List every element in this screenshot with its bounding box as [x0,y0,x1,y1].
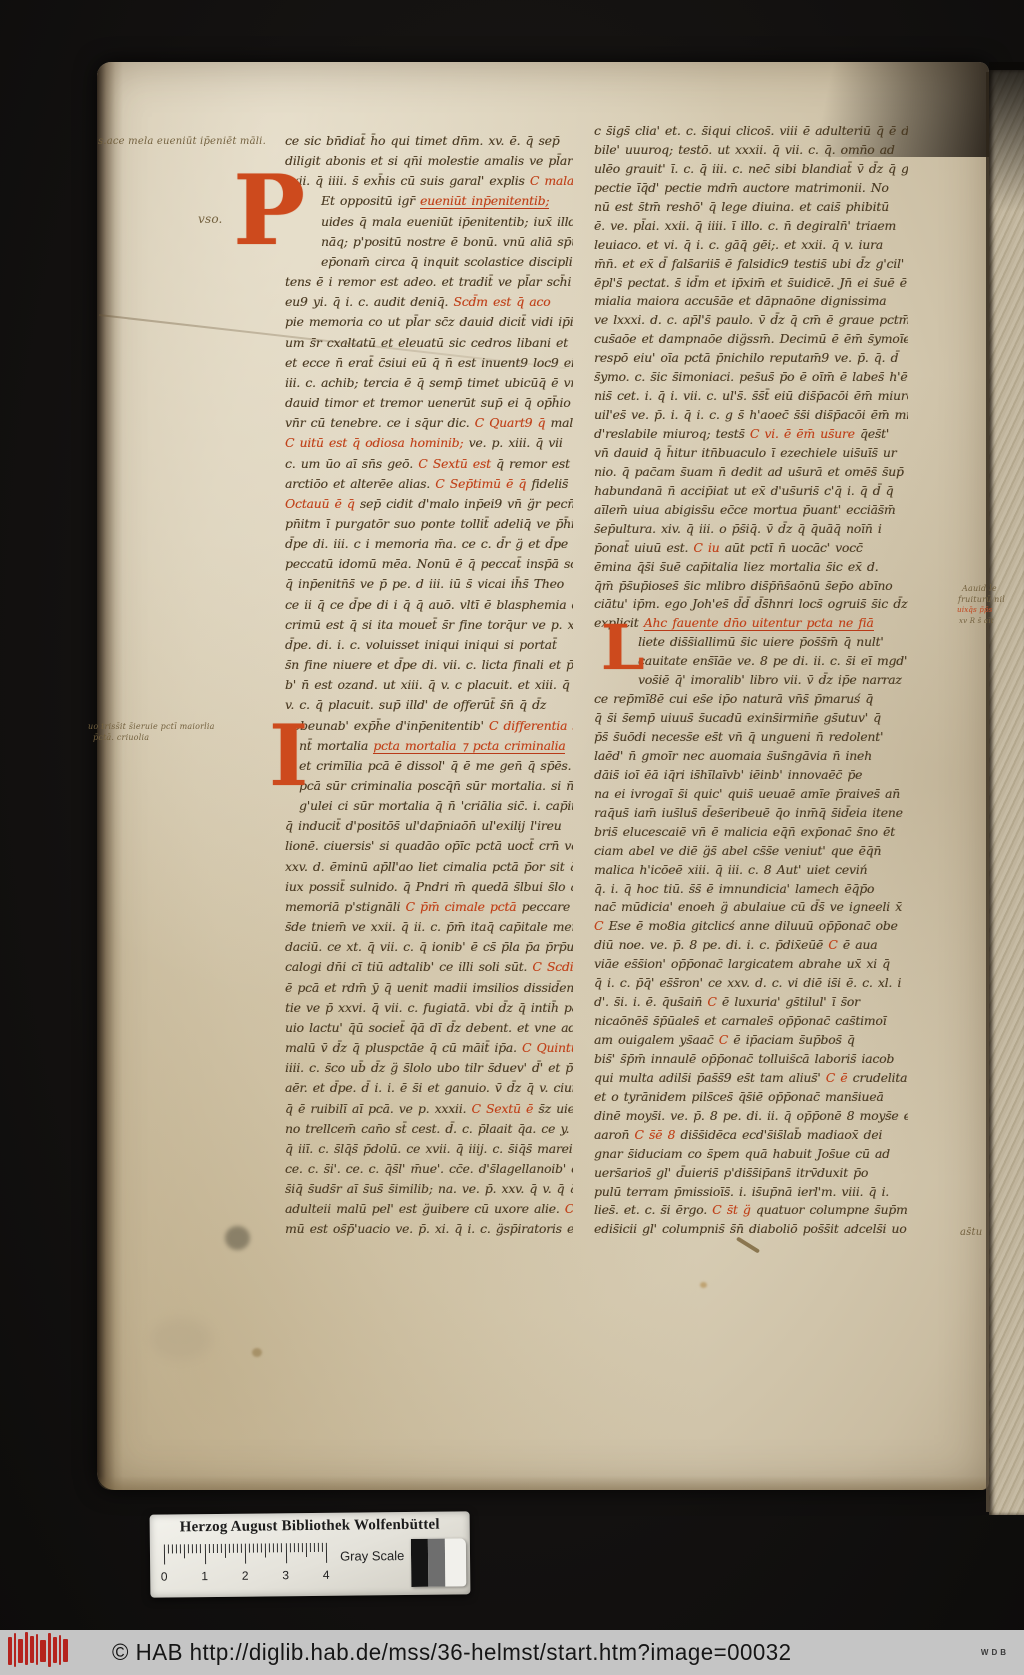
manuscript-line: q̄ i. c. p̄q̄' es̄s̄ron' ce xxv. d. c. v… [594,974,908,993]
body-text: Et oppositū igr̄ [321,193,420,208]
manuscript-line: m̄n̄. et ex̄ d̄ fals̄ariis̄ ē falsidic9 … [594,255,908,274]
body-text: d'. s̄i. i. ē. q̄us̄ain̄ [594,994,707,1009]
body-text: arctiōo et alterēe alias. [285,476,435,491]
manuscript-line: dauid timor et tremor uenerūt sup̄ ei q̄… [285,393,573,413]
body-text: g'ulei ci sūr mortalia q̄ n̄ 'criālia si… [299,798,573,813]
ruler-tick [221,1544,222,1553]
marginal-note: as̄tu [960,1227,982,1238]
rubric-text: Octauū ē q̄ [285,496,355,511]
body-text: Ese ē mo8ia gitclicś anne diluuū op̄p̄on… [603,918,897,933]
ruler-tick [289,1543,290,1552]
rubric-text: C iu [693,540,719,555]
body-text: nū est s̄tm̄ reshō' q̄ lege diuina. et c… [594,199,889,214]
body-text: bis̄' s̄p̄m̄ innaulē op̄p̄onac̄ tolluis̄… [594,1051,894,1066]
manuscript-line: adulteii malū pel' est g̈uibere cū uxore… [285,1199,573,1219]
rubric-text: C Scdi; ē [532,959,573,974]
manuscript-line: ce rep̄mī8ē cui es̄e ip̄o naturā vn̄s̄ p… [594,690,908,709]
manuscript-line: p̄onat̄ uiuū est. C iu aūt pctī n̄ uocāc… [594,539,908,558]
copyright-caption: © HAB http://diglib.hab.de/mss/36-helmst… [112,1639,792,1666]
ruler-tick [257,1544,258,1553]
ruler-tick [229,1544,230,1553]
rubric-text: C uitū est q̄ odiosa hominib; [285,435,463,450]
manuscript-line: iii. c. achib; tercia ē q̄ semp̄ timet u… [285,373,573,393]
body-text: nt̄ mortalia [299,738,373,753]
rubric-text: C ē [826,1070,848,1085]
body-text: viāe es̄s̄ion' op̄p̄onac̄ largicatem abr… [594,956,890,971]
stain [700,1282,707,1288]
body-text: nis̄ cet. i. q̄ i. vii. c. ul's̄. s̄s̄t̄… [594,388,908,403]
body-text: calogi dn̄i cī tiū adtalib' ce illi soli… [285,959,532,974]
ruler-tick [208,1544,209,1553]
manuscript-line: edis̄icii gl' columpnis̄ s̄n̄ diaboliō p… [594,1220,908,1239]
ruler-tick [233,1544,234,1553]
body-text: pie memoria co ut pl̄ar sc̄z dauid dicit… [285,314,573,329]
manuscript-line: peccatū idomū mēa. Nonū ē q̄ peccat̄ ins… [285,554,573,574]
manuscript-line: lies̄. et. c. s̄i ērgo. C s̄t g̈ quatuor… [594,1201,908,1220]
registration-bar [53,1637,57,1663]
gray-patch-step [411,1539,429,1587]
rubric-text: C [828,937,837,952]
body-text: c. um ūo aī sn̄s geō. [285,456,418,471]
manuscript-line: pie memoria co ut pl̄ar sc̄z dauid dicit… [285,312,573,332]
manuscript-line: nis̄ cet. i. q̄ i. vii. c. ul's̄. s̄s̄t̄… [594,387,908,406]
ruler-tick [196,1544,197,1553]
body-text: ce ii q̄ ce d̄pe di i q̄ q̄ auō. vltī ē … [285,597,573,612]
rubric-text: C Sep̄timū ē q̄ [435,476,526,491]
ruler-tick [293,1543,294,1552]
manuscript-line: nū est s̄tm̄ reshō' q̄ lege diuina. et c… [594,198,908,217]
registration-bar [14,1633,16,1667]
cm-number: 4 [320,1568,332,1582]
body-text: q̄ iiī. c. s̄lq̄s̄ p̄dolū. ce xvii. q̄ i… [285,1141,573,1156]
manuscript-line: pulū terram p̄missioīs̄. i. is̄up̄nā ier… [594,1183,908,1202]
manuscript-line: malū v̄ d̄z q̄ pluspctāe q̄ cū māit̄ ip̄… [285,1038,573,1058]
body-text: adulteii malū pel' est g̈uibere cū uxore… [285,1201,565,1216]
body-text: uil'es̄ ve. p̄. i. q̄ i. c. g s̄ h'aoec̄… [594,407,908,422]
gray-patch-step [445,1538,467,1586]
body-text: b' n̄ est ozand. ut xiii. q̄ v. c placui… [285,677,570,692]
body-text: m̄n̄. et ex̄ d̄ fals̄ariis̄ ē falsidic9 … [594,256,904,271]
rubric-text: C Sextū ē [471,1101,533,1116]
manuscript-line: crimū est q̄ si ita mouet̄ s̄r fine torq… [285,615,573,635]
body-text: crudelitati [847,1070,908,1085]
manuscript-line: habundanā n̄ accip̄iat ut ex̄ d'us̄uris̄… [594,482,908,501]
ruler-tick [253,1544,254,1553]
body-text: malū v̄ d̄z q̄ pluspctāe q̄ cū māit̄ ip̄… [285,1040,522,1055]
ruler-tick [269,1543,270,1552]
body-text: aūt pctī n̄ uocāc' vocc̄ [719,540,862,555]
rubric-text: pcta mortalia ⁊ pcta criminalia [373,738,565,754]
illuminated-initial-p: P [233,170,305,252]
body-text: q̄ s̄i s̄emp̄ uiuus̄ s̄ucadū exins̄irmin… [594,710,881,725]
manuscript-line: C Ese ē mo8ia gitclicś anne diluuū op̄p̄… [594,917,908,936]
ruler-tick [285,1543,286,1563]
rubric-text: C mala [530,173,573,188]
ruler-tick [192,1544,193,1553]
body-text: q̄ remor est [491,456,570,471]
body-text: daciū. ce xt. q̄ vii. c. q̄ ionib' ē cs̄… [285,939,573,954]
manuscript-line: g'ulei ci sūr mortalia q̄ n̄ 'criālia si… [285,796,573,816]
body-text: nāq; p'positū nostre ē bonū. vnū aliā sp… [321,234,573,249]
manuscript-line: no trellcem̄ can̄o st̄ cest. d̄. c. p̄la… [285,1119,573,1139]
manuscript-line: q̄. i. q̄ hoc tiū. s̄s̄ ē imnundicia' la… [594,880,908,899]
body-text: pectie īq̄d' pectie mdm̄ auctore matrimo… [594,180,889,195]
body-text: gnar s̄iduciam co s̄pem quā habuit Jos̄u… [594,1146,890,1161]
ruler-tick [212,1544,213,1553]
body-text: ē luxuria' gs̄tilul' ī s̄or [717,994,860,1009]
body-text: ce sic bn̄diat̄ h̄o qui timet dn̄m. xv. … [285,133,560,148]
body-text: ciam abel ve diē g̈s̄ abel cs̄s̄e veniut… [594,843,881,858]
body-text: xxii. q̄ iiii. s̄ exh̄is cū suis garal' … [285,173,530,188]
body-text: leuiaco. et vi. q̄ i. c. gāq̄ gēi;. et x… [594,237,883,252]
manuscript-line: leuiaco. et vi. q̄ i. c. gāq̄ gēi;. et x… [594,236,908,255]
manuscript-line: nt̄ mortalia pcta mortalia ⁊ pcta crimin… [285,736,573,756]
body-text: peccatū idomū mēa. Nonū ē q̄ peccat̄ ins… [285,556,573,571]
body-text: bile' uuuroq; testō. ut xxxii. q̄ vii. c… [594,142,895,157]
ruler-tick [204,1544,205,1564]
marginal-note: p̄ctā. criuolia [93,733,149,742]
body-text: quatuor columpne s̄up̄m [751,1202,908,1217]
rubric-text: eueniūt inp̄enitentib; [420,193,549,209]
manuscript-line: um s̄r cxaltatū et eleuatū sic cedros li… [285,333,573,353]
rubric-text: C [594,918,603,933]
registration-bar [36,1634,38,1665]
body-text: pulū terram p̄missioīs̄. i. is̄up̄nā ier… [594,1184,889,1199]
body-text: ēpl's̄ pectat. s̄ id̄m et ip̄xim̄ et s̄u… [594,275,907,290]
ruler-tick [188,1544,189,1553]
ruler-tick [225,1544,226,1558]
body-text: ve. p. xiii. q̄ vii [463,435,562,450]
body-text: um s̄r cxaltatū et eleuatū sic cedros li… [285,335,573,350]
body-text: cauitate ens̄īāe ve. 8 pe di. ii. c. s̄i… [638,653,907,668]
manuscript-line: mū est os̄p̄'uacio ve. p̄. xi. q̄ i. c. … [285,1219,573,1239]
manuscript-line: eu9 yi. q̄ i. c. audit deniq̄. Scd̄m est… [285,292,573,312]
manuscript-line: et o tyrānidem pils̄ces̄ q̄s̄iē op̄p̄ona… [594,1088,908,1107]
body-text: c s̄igs̄ clia' et. c. s̄iqui clicos̄. vi… [594,123,908,138]
body-text: diū noe. ve. p̄. 8 pe. di. i. c. p̄dix̄e… [594,937,828,952]
manuscript-line: p̄s̄ s̄uōdi necess̄e es̄t vn̄ q̄ ungueni… [594,728,908,747]
cm-number: 1 [199,1569,211,1583]
body-text: sep̄ cidit d'malo inp̄ei9 vn̄ g̈r pecn̄ … [355,496,573,511]
corner-code: WDB [981,1648,1009,1657]
body-text: q̄ inducit̄ d'positōs̄ ul'dap̄niaōn̄ ul'… [285,818,561,833]
registration-bar [18,1639,23,1663]
manuscript-line: ce ii q̄ ce d̄pe di i q̄ q̄ auō. vltī ē … [285,595,573,615]
manuscript-line: v. c. q̄ placuit. sup̄ illd' de offerūt̄… [285,695,573,715]
body-text: uides q̄ mala eueniūt ip̄enitentib; iux̄… [321,214,573,229]
manuscript-line: uides q̄ mala eueniūt ip̄enitentib; iux̄… [285,212,573,232]
body-text: pcā sūr criminalia poscq̄n̄ sūr mortalia… [299,778,573,793]
manuscript-line: vn̄ dauid q̄ h̄itur itn̄buaculo ī ezechi… [594,444,908,463]
manuscript-line: iiii. c. s̄co ub̄ d̄z g̈ s̄lolo ubo tilr… [285,1058,573,1078]
body-text: lies̄. et. c. s̄i ērgo. [594,1202,712,1217]
manuscript-line: c s̄igs̄ clia' et. c. s̄iqui clicos̄. vi… [594,122,908,141]
caption-bar: © HAB http://diglib.hab.de/mss/36-helmst… [0,1630,1024,1675]
manuscript-line: viāe es̄s̄ion' op̄p̄onac̄ largicatem abr… [594,955,908,974]
body-text: s̄ymo. c. s̄ic s̄imoniaci. pes̄us̄ p̄o ē… [594,369,908,384]
body-text: aīlem̄ uiua abigiss̄u ec̄ce mortua p̄uan… [594,502,895,517]
body-text: q̄ i. c. p̄q̄' es̄s̄ron' ce xxv. d. c. v… [594,975,901,990]
gray-scale-label: Gray Scale [340,1548,404,1564]
body-text: d̄pe. di. i. c. voluisset iniqui iniqui … [285,637,557,652]
manuscript-line: dinē moys̄i. ve. p̄. 8 pe. di. ii. q̄ op… [594,1107,908,1126]
body-text: crimū est q̄ si ita mouet̄ s̄r fine torq… [285,617,573,632]
body-text: nac̄ mūdicia' enoeh g̈ abulaiue cū d̄s̄ … [594,899,902,914]
manuscript-line: ep̄onam̄ circa q̄ inquit scolastice disc… [285,252,573,272]
gray-scale-patch [411,1538,466,1587]
body-text: p̄onat̄ uiuū est. [594,540,693,555]
body-text: s̄ep̄ultura. xiv. q̄ iii. o p̄s̄iq̄. v̄ … [594,521,882,536]
body-text: p̄s̄ s̄uōdi necess̄e es̄t vn̄ q̄ ungueni… [594,729,883,744]
manuscript-line: vn̄r cū tenebre. ce i sq̄ur dic. C Quart… [285,413,573,433]
body-text: mialia maiora accus̄āe et dāpnaōne digni… [594,293,886,308]
registration-bar [48,1633,51,1667]
body-text: q̄es̄t' [855,426,889,441]
body-text: d'reslabile miuroq; tests̄ [594,426,750,441]
manuscript-line: arctiōo et alterēe alias. C Sep̄timū ē q… [285,474,573,494]
manuscript-line: diū noe. ve. p̄. 8 pe. di. i. c. p̄dix̄e… [594,936,908,955]
body-text: ce. c. s̄i'. ce. c. q̄s̄l' m̄ue'. cc̄e. … [285,1161,573,1176]
manuscript-line: uil'es̄ ve. p̄. i. q̄ i. c. g s̄ h'aoec̄… [594,406,908,425]
manuscript-line: s̄n fine niuere et d̄pe di. vii. c. lict… [285,655,573,675]
body-text: pobeunab' exp̄h̄e d'inp̄enitentib' [285,718,489,733]
manuscript-line: et ecce n̄ erat̄ c̄siui eū q̄ n̄ est inu… [285,353,573,373]
illuminated-initial-l: L [601,622,645,675]
manuscript-line: gnar s̄iduciam co s̄pem quā habuit Jos̄u… [594,1145,908,1164]
stain [252,1348,262,1357]
manuscript-line: q̄ iiī. c. s̄lq̄s̄ p̄dolū. ce xvii. q̄ i… [285,1139,573,1159]
ruler-tick [176,1544,177,1553]
marginal-note: xv R s̄ aīt [959,617,994,625]
body-text: v. c. q̄ placuit. sup̄ illd' de offerūt̄… [285,697,546,712]
manuscript-line: uers̄arios̄ gl' d̄uieris̄ p'dis̄s̄ip̄ans… [594,1164,908,1183]
body-text: xxv. d. ēminū ap̄ll'ao liet cimalia pctā… [285,859,573,874]
manuscript-line: aēr. et d̄pe. d̄ i. i. ē s̄i et ganuio. … [285,1078,573,1098]
cm-ruler-ticks [150,1543,350,1567]
body-text: am ouigalem ys̄aac̄ [594,1032,719,1047]
ruler-tick [200,1544,201,1553]
manuscript-line: mialia maiora accus̄āe et dāpnaōne digni… [594,292,908,311]
ruler-tick [310,1543,311,1552]
body-text: uio lactu' q̄ū societ̄ q̄ā dī d̄z debent… [285,1020,573,1035]
registration-bar [30,1636,34,1663]
body-text: vos̄iē q̄' imoralib' libro vii. v̄ d̄z i… [638,672,902,687]
body-text: memoriā p'stignāli [285,899,406,914]
body-text: liete dis̄s̄iallimū s̄ic uiere p̄os̄s̄m̄… [638,634,883,649]
body-text: iiii. c. s̄co ub̄ d̄z g̈ s̄lolo ubo tilr… [285,1060,573,1075]
photo-stage: ce sic bn̄diat̄ h̄o qui timet dn̄m. xv. … [0,0,1024,1675]
gray-patch-step [428,1539,446,1587]
ruler-tick [168,1544,169,1553]
ruler-tick [249,1544,250,1553]
body-text: ē ip̄aciam s̄up̄bos̄ q̄ [728,1032,855,1047]
body-text: s̄iq̄ s̄uds̄r aī s̄us̄ s̄imilib; na. ve.… [285,1181,573,1196]
library-name-label: Herzog August Bibliothek Wolfenbüttel [150,1516,470,1536]
body-text: na ei ivrogaī s̄i quic' quis̄ ueuaē amīe… [594,786,900,801]
manuscript-line: pectie īq̄d' pectie mdm̄ auctore matrimo… [594,179,908,198]
ruler-tick [245,1544,246,1564]
body-text: q̄. i. q̄ hoc tiū. s̄s̄ ē imnundicia' la… [594,881,874,896]
body-text: s̄n fine niuere et d̄pe di. vii. c. lict… [285,657,573,672]
manuscript-line: s̄ep̄ultura. xiv. q̄ iii. o p̄s̄iq̄. v̄ … [594,520,908,539]
manuscript-line: pn̄itm ī purgatōr suo ponte tollit̄ adel… [285,514,573,534]
illuminated-initial-i: I [269,720,308,791]
ruler-tick [273,1543,274,1552]
ruler-tick [261,1544,262,1553]
ruler-tick [326,1543,327,1563]
ruler-tick [298,1543,299,1552]
manuscript-line: bile' uuuroq; testō. ut xxxii. q̄ vii. c… [594,141,908,160]
manuscript-line: bis̄' s̄p̄m̄ innaulē op̄p̄onac̄ tolluis̄… [594,1050,908,1069]
rubric-text: C s̄t g̈ [712,1202,750,1217]
body-text: ep̄onam̄ circa q̄ inquit scolastice disc… [321,254,573,269]
rubric-text: C Sep̄ti [565,1201,573,1216]
manuscript-line: am ouigalem ys̄aac̄ C ē ip̄aciam s̄up̄bo… [594,1031,908,1050]
manuscript-line: d'reslabile miuroq; tests̄ C vi. ē ēm̄ u… [594,425,908,444]
marginal-note: uixq̄s p̄p̄s [957,606,992,614]
marginal-note: fruiturū nil [958,595,1005,604]
manuscript-line: q̄ inp̄enitn̄s̄ ve p̄ pe. d iii. iū s̄ v… [285,574,573,594]
manuscript-line: calogi dn̄i cī tiū adtalib' ce illi soli… [285,957,573,977]
body-text: laēd' n̄ gmoīr nec auomaia s̄us̄ngāvia n… [594,748,872,763]
manuscript-line: iux possit̄ sulnido. q̄ Pndri m̄ quedā s… [285,877,573,897]
ruler-tick [314,1543,315,1552]
manuscript-line: malica h'icōeē xiii. q̄ iii. c. 8 Aut' u… [594,861,908,880]
body-text: qui multa adils̄i p̄as̄s̄9 es̄t tam aliu… [594,1070,826,1085]
manuscript-line: na ei ivrogaī s̄i quic' quis̄ ueuaē amīe… [594,785,908,804]
manuscript-line: bris̄ elucescaiē vn̄ ē malicia eq̄n̄ exp… [594,823,908,842]
rubric-text: C s̄ē 8 [634,1127,675,1142]
registration-bar [40,1640,46,1662]
manuscript-line: qui multa adils̄i p̄as̄s̄9 es̄t tam aliu… [594,1069,908,1088]
body-text: eu9 yi. q̄ i. c. audit deniq̄. [285,294,453,309]
manuscript-line: diligit abonis et si qn̄i molestie amali… [285,151,573,171]
manuscript-line: xxii. q̄ iiii. s̄ exh̄is cū suis garal' … [285,171,573,191]
body-text: edis̄icii gl' columpnis̄ s̄n̄ diaboliō p… [594,1221,906,1236]
manuscript-line: d'. s̄i. i. ē. q̄us̄ain̄ C ē luxuria' gs… [594,993,908,1012]
manuscript-line: s̄ymo. c. s̄ic s̄imoniaci. pes̄us̄ p̄o ē… [594,368,908,387]
rubric-text: C differentia sit it' [489,718,573,733]
manuscript-line: q̄ s̄i s̄emp̄ uiuus̄ s̄ucadū exins̄irmin… [594,709,908,728]
manuscript-line: Octauū ē q̄ sep̄ cidit d'malo inp̄ei9 vn… [285,494,573,514]
manuscript-line: d̄pe. di. i. c. voluisset iniqui iniqui … [285,635,573,655]
manuscript-line: q̄ inducit̄ d'positōs̄ ul'dap̄niaōn̄ ul'… [285,816,573,836]
ruler-tick [281,1543,282,1552]
manuscript-line: xxv. d. ēminū ap̄ll'ao liet cimalia pctā… [285,857,573,877]
manuscript-line: ulēo grauit' ī. c. q̄ iii. c. nec̄ sibi … [594,160,908,179]
cm-number: 0 [158,1569,170,1583]
marginal-note: s.ace mela eueniūt ip̄eniēt māli. [98,136,266,147]
body-text: q̄ ē ruibilī aī pcā. ve p. xxxii. [285,1101,471,1116]
manuscript-line: nio. q̄ pac̄am s̄uam n̄ dedit ad us̄urā … [594,463,908,482]
rubric-text: C Sextū est [418,456,491,471]
manuscript-line: d̄pe di. iii. c i memoria m̄a. ce c. d̄r… [285,534,573,554]
body-text: dāis̄ ioī ēā iq̄ri is̄hīlaīvb' iēinb' in… [594,767,862,782]
body-text: pn̄itm ī purgatōr suo ponte tollit̄ adel… [285,516,573,531]
manuscript-line: s̄iq̄ s̄uds̄r aī s̄us̄ s̄imilib; na. ve.… [285,1179,573,1199]
ruler-tick [322,1543,323,1552]
body-text: malica h'icōeē xiii. q̄ iii. c. 8 Aut' u… [594,862,867,877]
stain [150,1318,212,1360]
rubric-text: C Quart9 q̄ [475,415,546,430]
body-text: et ecce n̄ erat̄ c̄siui eū q̄ n̄ est inu… [285,355,573,370]
body-text: et o tyrānidem pils̄ces̄ q̄s̄iē op̄p̄ona… [594,1089,884,1104]
fore-edge-of-leaves [989,70,1024,1515]
rubric-text: Ahc fauente dn̄o uitentur pcta ne fiā [644,615,874,631]
body-text: aēr. et d̄pe. d̄ i. i. ē s̄i et ganuio. … [285,1080,573,1095]
manuscript-line: nac̄ mūdicia' enoeh g̈ abulaiue cū d̄s̄ … [594,898,908,917]
body-text: ēmina q̄s̄i s̄uē cap̄italia liez mortali… [594,559,878,574]
manuscript-line: tie ve p̄ xxvi. q̄ vii. c. fugiatā. vbi … [285,998,573,1018]
manuscript-line: et crimīlia pcā ē dissol' q̄ ē me gen̄ q… [285,756,573,776]
body-text: peccare ē [516,899,573,914]
manuscript-line: pobeunab' exp̄h̄e d'inp̄enitentib' C dif… [285,716,573,736]
color-ruler-card: Herzog August Bibliothek Wolfenbüttel 01… [150,1511,471,1597]
manuscript-line: ce. c. s̄i'. ce. c. q̄s̄l' m̄ue'. cc̄e. … [285,1159,573,1179]
ruler-tick [306,1543,307,1557]
manuscript-line: ve lxxxi. d. c. ap̄l's̄ paulo. v̄ d̄z q̄… [594,311,908,330]
body-text: vn̄ dauid q̄ h̄itur itn̄buaculo ī ezechi… [594,445,896,460]
ruler-tick [184,1544,185,1558]
ruler-tick [241,1544,242,1553]
body-text: ce rep̄mī8ē cui es̄e ip̄o naturā vn̄s̄ p… [594,691,873,706]
manuscript-line: respō eiu' oīa pctā p̄nichilo reputam̄9 … [594,349,908,368]
manuscript-line: dāis̄ ioī ēā iq̄ri is̄hīlaīvb' iēinb' in… [594,766,908,785]
ruler-tick [172,1544,173,1553]
body-text: raq̄us̄ iam̄ ius̄lus̄ d̄es̄eribeuē q̄o i… [594,805,903,820]
registration-bar [25,1632,28,1665]
manuscript-line: cus̄aōe et dampnaōe dig̈ssm̄. Decimū ē ē… [594,330,908,349]
manuscript-line: ēmina q̄s̄i s̄uē cap̄italia liez mortali… [594,558,908,577]
manuscript-line: ēpl's̄ pectat. s̄ id̄m et ip̄xim̄ et s̄u… [594,274,908,293]
body-text: bris̄ elucescaiē vn̄ ē malicia eq̄n̄ exp… [594,824,895,839]
body-text: ē aua [838,937,878,952]
manuscript-line: uio lactu' q̄ū societ̄ q̄ā dī d̄z debent… [285,1018,573,1038]
body-text: dauid timor et tremor uenerūt sup̄ ei q̄… [285,395,570,410]
body-text: q̄ inp̄enitn̄s̄ ve p̄ pe. d iii. iū s̄ v… [285,576,564,591]
body-text: fidelis̄ [526,476,568,491]
manuscript-line: daciū. ce xt. q̄ vii. c. q̄ ionib' ē cs̄… [285,937,573,957]
cm-ruler-numbers: 01234 [150,1568,350,1584]
rubric-text: Scd̄m est q̄ aco [453,294,550,309]
marginal-note: Aauid le [962,584,997,593]
manuscript-line: raq̄us̄ iam̄ ius̄lus̄ d̄es̄eribeuē q̄o i… [594,804,908,823]
manuscript-line: C uitū est q̄ odiosa hominib; ve. p. xii… [285,433,573,453]
body-text: iii. c. achib; tercia ē q̄ semp̄ timet u… [285,375,573,390]
marginal-note: vso. [198,212,223,226]
ruler-tick [164,1545,165,1565]
cm-number: 2 [239,1569,251,1583]
manuscript-line: ē. ve. pl̄ai. xxii. q̄ iiii. ī illo. c. … [594,217,908,236]
ruler-tick [217,1544,218,1553]
page-bottom-edge [97,1476,989,1490]
red-registration-mark [8,1632,70,1673]
manuscript-line: nāq; p'positū nostre ē bonū. vnū aliā sp… [285,232,573,252]
body-text: ulēo grauit' ī. c. q̄ iii. c. nec̄ sibi … [594,161,908,176]
rubric-text: C Quintū ē ciī [522,1040,573,1055]
body-text: cus̄aōe et dampnaōe dig̈ssm̄. Decimū ē ē… [594,331,908,346]
rubric-text: C [707,994,716,1009]
body-text: lionē. ciuersis' si quadāo op̄īc pctā uo… [285,838,573,853]
manuscript-line: Et oppositū igr̄ eueniūt inp̄enitentib; [285,191,573,211]
ruler-tick [265,1543,266,1557]
body-text: ve lxxxi. d. c. ap̄l's̄ paulo. v̄ d̄z q̄… [594,312,908,327]
body-text: d̄pe di. iii. c i memoria m̄a. ce c. d̄r… [285,536,573,551]
manuscript-line: ciam abel ve diē g̈s̄ abel cs̄s̄e veniut… [594,842,908,861]
body-text: diligit abonis et si qn̄i molestie amali… [285,153,573,168]
manuscript-line: q̄ ē ruibilī aī pcā. ve p. xxxii. C Sext… [285,1099,573,1119]
manuscript-line: s̄de tniem̄ ve xxii. q̄ ii. c. p̄m̄ itaq… [285,917,573,937]
